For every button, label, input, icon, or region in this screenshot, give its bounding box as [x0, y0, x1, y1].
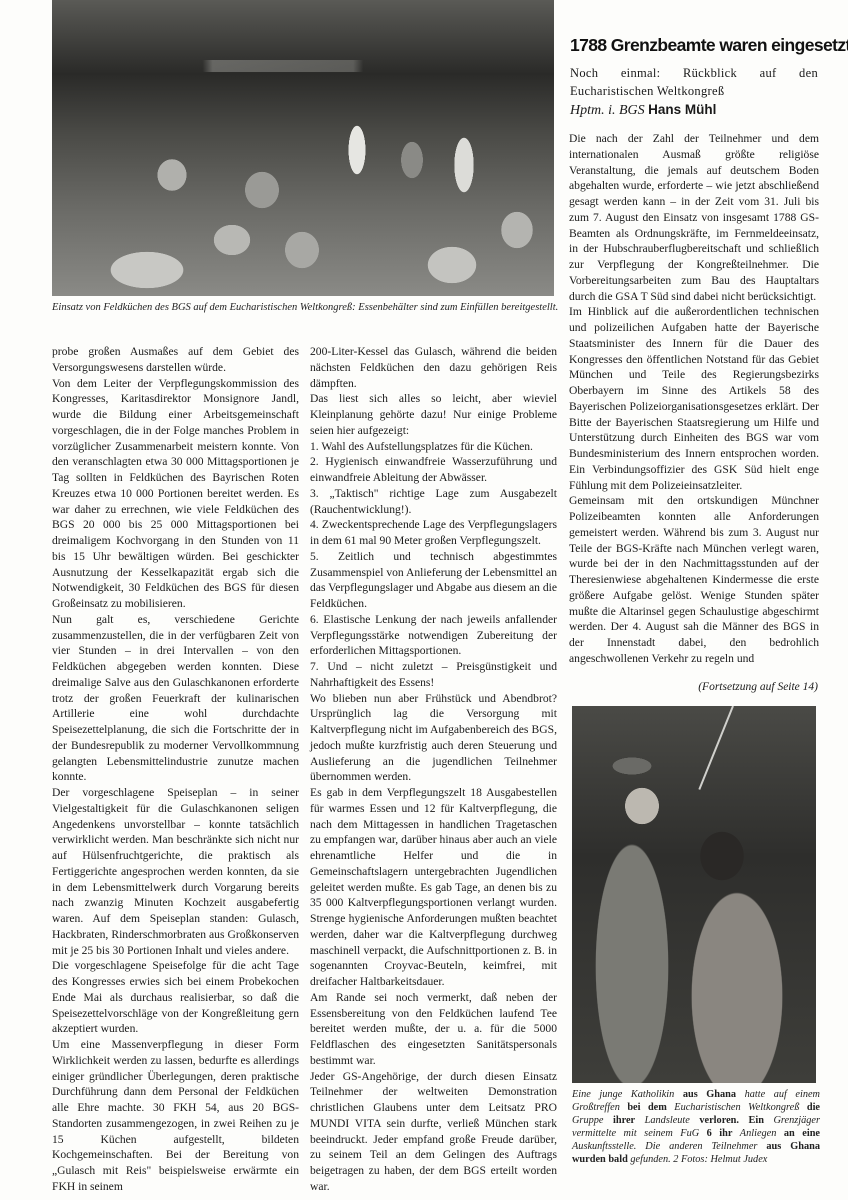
- caption-text-run: Gruppe: [572, 1115, 613, 1126]
- paragraph: Jeder GS-Angehörige, der durch diesen Ei…: [310, 1069, 557, 1195]
- article-column-left: probe großen Ausmaßes auf dem Gebiet des…: [52, 344, 299, 1195]
- paragraph: Die nach der Zahl der Teilnehmer und dem…: [569, 131, 819, 304]
- caption-text-run: verloren. Ein: [699, 1115, 764, 1126]
- author-name: Hans Mühl: [648, 102, 716, 117]
- article-column-middle: 200-Liter-Kessel das Gulasch, während di…: [310, 344, 557, 1195]
- list-item: 3. „Taktisch" richtige Lage zum Ausgabez…: [310, 486, 557, 518]
- paragraph: Der vorgeschlagene Speiseplan – in seine…: [52, 785, 299, 958]
- caption-text-run: Eucharistischen Weltkongreß: [667, 1102, 807, 1113]
- caption-text-run: gefunden. 2 Fotos: Helmut Judex: [628, 1154, 768, 1165]
- byline: Hptm. i. BGS Hans Mühl: [570, 102, 716, 119]
- list-item: 5. Zeitlich und technisch abgestimmtes Z…: [310, 549, 557, 612]
- photo-field-kitchens: [52, 0, 554, 296]
- caption-text-run: Eine junge Katholikin: [572, 1089, 683, 1100]
- article-subhead: Noch einmal: Rückblick auf den Eucharist…: [570, 64, 818, 100]
- list-item: 2. Hygienisch einwandfreie Wasserzuführu…: [310, 454, 557, 486]
- list-item: 7. Und – nicht zuletzt – Preisgünstigkei…: [310, 659, 557, 691]
- paragraph: Das liest sich alles so leicht, aber wie…: [310, 391, 557, 438]
- caption-text-run: die: [807, 1102, 820, 1113]
- paragraph: Die vorgeschlagene Speisefolge für die a…: [52, 958, 299, 1037]
- paragraph: Gemeinsam mit den ortskundigen Münchner …: [569, 493, 819, 666]
- paragraph: Wo blieben nun aber Frühstück und Abendb…: [310, 691, 557, 786]
- paragraph: Am Rande sei noch vermerkt, daß neben de…: [310, 990, 557, 1069]
- photo-caption-top: Einsatz von Feldküchen des BGS auf dem E…: [52, 301, 562, 314]
- paragraph: Es gab in dem Verpflegungszelt 18 Ausgab…: [310, 785, 557, 990]
- list-item: 4. Zweckentsprechende Lage des Verpflegu…: [310, 517, 557, 549]
- paragraph: probe großen Ausmaßes auf dem Gebiet des…: [52, 344, 299, 376]
- list-item: 6. Elastische Lenkung der nach jeweils a…: [310, 612, 557, 659]
- caption-text-run: 6 ihr: [707, 1128, 733, 1139]
- caption-text-run: an eine: [784, 1128, 820, 1139]
- article-headline: 1788 Grenzbeamte waren eingesetzt: [570, 35, 830, 56]
- article-column-right: Die nach der Zahl der Teilnehmer und dem…: [569, 131, 819, 667]
- caption-text-run: bei dem: [627, 1102, 667, 1113]
- caption-text-run: Landsleute: [635, 1115, 699, 1126]
- paragraph: Um eine Massenverpflegung in dieser Form…: [52, 1037, 299, 1195]
- caption-text-run: aus Ghana: [683, 1089, 736, 1100]
- continuation-note: (Fortsetzung auf Seite 14): [570, 681, 818, 693]
- caption-text-run: Anliegen: [732, 1128, 783, 1139]
- list-item: 1. Wahl des Aufstellungsplatzes für die …: [310, 439, 557, 455]
- paragraph: Nun galt es, verschiedene Gerichte zusam…: [52, 612, 299, 785]
- photo-border-guard-ghana: [572, 706, 816, 1083]
- author-rank: Hptm. i. BGS: [570, 103, 645, 118]
- paragraph: 200-Liter-Kessel das Gulasch, während di…: [310, 344, 557, 391]
- caption-text-run: ihrer: [613, 1115, 635, 1126]
- paragraph: Von dem Leiter der Verpflegungskommissio…: [52, 376, 299, 612]
- photo-caption-right: Eine junge Katholikin aus Ghana hatte au…: [572, 1088, 820, 1166]
- paragraph: Im Hinblick auf die außerordentlichen te…: [569, 304, 819, 493]
- caption-text-run: Auskunftsstelle. Die anderen Teilnehmer: [572, 1141, 766, 1152]
